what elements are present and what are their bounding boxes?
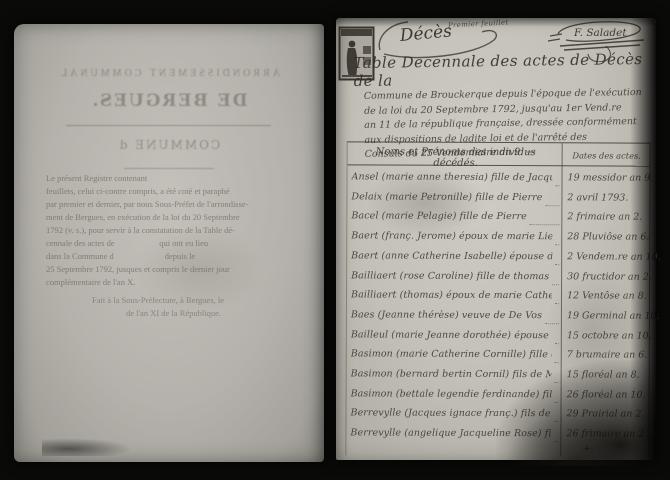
table-row: Bailliaert (rose Caroline) fille de thom…: [351, 270, 649, 289]
deceased-name: Berrevylle (angelique Jacqueline Rose) f…: [350, 427, 551, 446]
deceased-name: Bacel (marie Pelagie) fille de Pierre: [351, 211, 527, 230]
table-row: Bailliaert (thomas) époux de marie Cathe…: [351, 290, 649, 309]
deceased-name: Delaix (marie Petronille) fille de Pierr…: [351, 191, 542, 210]
act-date: 15 floréal an 8.: [562, 369, 651, 387]
deceased-name: Basimon (bernard bertin Cornil) fils de …: [351, 368, 552, 387]
paragraph-line: feuillets, celui ci-contre compris, a ét…: [46, 185, 310, 198]
dotted-leader: [555, 330, 559, 344]
column-header-names: Noms et Prénoms des individus décédés.: [354, 146, 558, 169]
deceased-name: Bailleul (marie Jeanne dorothée) épouse …: [351, 329, 552, 348]
bleedthrough-block: ARRONDISSEMENT COMMUNAL DE BERGUES. COMM…: [14, 68, 324, 169]
left-page: ARRONDISSEMENT COMMUNAL DE BERGUES. COMM…: [14, 24, 324, 462]
act-date: 19 messidor an 9.: [562, 172, 651, 190]
bleedthrough-commune: COMMUNE d: [14, 138, 324, 152]
table-row: Delaix (marie Petronille) fille de Pierr…: [351, 191, 649, 210]
paragraph-line: 1792 (v. s.), pour servir à la constatat…: [46, 224, 310, 237]
dotted-leader: [554, 428, 558, 442]
dotted-leader: [555, 231, 559, 245]
printed-certificate-footer: Fait à la Sous-Préfecture, à Bergues, le…: [92, 294, 312, 320]
act-date: 28 Pluviôse an 6.: [562, 231, 651, 249]
heading-title-line: Table Decennale des actes de Décès de la: [353, 50, 645, 90]
bottom-cross-mark: +.: [582, 443, 594, 454]
deceased-name: Baes (Jeanne thérèse) veuve de De Vos: [351, 309, 542, 328]
act-date: 2 avril 1793.: [562, 192, 651, 210]
act-date: 30 fructidor an 2.: [562, 271, 651, 289]
dotted-leader: [555, 369, 559, 383]
table-row: Baes (Jeanne thérèse) veuve de De Vos19 …: [351, 309, 649, 328]
table-row: Ansel (marie anne theresia) fille de Jac…: [351, 171, 649, 190]
paragraph-line: cennale des actes de qui ont eu lieu: [46, 237, 310, 250]
act-date: 2 Vendem.re an 10.: [562, 251, 651, 269]
printed-rule: [124, 168, 214, 169]
deceased-name: Bailliaert (rose Caroline) fille de thom…: [351, 270, 549, 289]
act-date: 29 Prairial an 2.: [561, 409, 650, 427]
deceased-name: Basimon (marie Catherine Cornille) fille…: [351, 349, 552, 368]
dotted-leader: [555, 172, 559, 186]
act-date: 15 octobre an 10.: [562, 330, 651, 348]
table-row: Baert (franç. Jerome) époux de marie Lie…: [351, 230, 649, 249]
dotted-leader: [555, 290, 559, 304]
deceased-name: Basimon (bettale legendie ferdinande) fi…: [351, 388, 552, 407]
bleedthrough-arrondissement: ARRONDISSEMENT COMMUNAL: [14, 68, 324, 79]
table-row: Basimon (bernard bertin Cornil) fils de …: [351, 368, 649, 387]
act-date: 2 frimaire an 2.: [562, 212, 651, 230]
footer-line: Fait à la Sous-Préfecture, à Bergues, le: [92, 294, 312, 307]
table-row: Berrevylle (Jacques ignace franç.) fils …: [350, 408, 648, 427]
dotted-leader: [555, 251, 559, 265]
dotted-leader: [555, 389, 559, 403]
table-row: Berrevylle (angelique Jacqueline Rose) f…: [350, 427, 648, 446]
dotted-leader: [555, 350, 559, 364]
dotted-leader: [530, 212, 560, 226]
bleedthrough-de-bergues: DE BERGUES.: [14, 91, 324, 111]
table-row: Basimon (bettale legendie ferdinande) fi…: [351, 388, 649, 407]
signature-text: F. Saladet: [573, 27, 627, 39]
paragraph-line: par premier et dernier, par nous Sous-Pr…: [46, 198, 310, 211]
act-date: 26 floréal an 10.: [562, 389, 651, 407]
decennial-table: Noms et Prénoms des individus décédés. D…: [345, 141, 650, 456]
deceased-name: Ansel (marie anne theresia) fille de Jac…: [351, 171, 552, 190]
paragraph-line: complémentaire de l'an X.: [46, 276, 310, 289]
table-row: Basimon (marie Catherine Cornille) fille…: [351, 349, 649, 368]
printed-rule: [67, 125, 272, 126]
ink-stain: [42, 438, 132, 456]
dotted-leader: [545, 310, 559, 324]
printed-certificate-paragraph: Le présent Registre contenantfeuillets, …: [46, 172, 310, 289]
table-row: Bailleul (marie Jeanne dorothée) épouse …: [351, 329, 649, 348]
paragraph-line: Le présent Registre contenant: [46, 172, 310, 185]
table-row: Baert (anne Catherine Isabelle) épouse d…: [351, 250, 649, 269]
dotted-leader: [554, 409, 558, 423]
register-scan: ARRONDISSEMENT COMMUNAL DE BERGUES. COMM…: [0, 0, 670, 480]
register-table-body: Ansel (marie anne theresia) fille de Jac…: [348, 142, 650, 143]
deceased-name: Baert (anne Catherine Isabelle) épouse d…: [351, 250, 552, 269]
act-date: 7 brumaire an 6.: [562, 350, 651, 368]
paragraph-line: 25 Septembre 1792, jusques et compris le…: [46, 263, 310, 276]
column-header-dates: Dates des actes.: [566, 150, 648, 160]
right-page: Décès Premier feuillet F. Saladet Table …: [336, 18, 656, 460]
dotted-leader: [552, 271, 559, 285]
paragraph-line: ment de Bergues, en exécution de la loi …: [46, 211, 310, 224]
deceased-name: Bailliaert (thomas) époux de marie Cathe…: [351, 290, 552, 309]
dotted-leader: [545, 192, 559, 206]
table-row: Bacel (marie Pelagie) fille de Pierre2 f…: [351, 211, 649, 230]
deceased-name: Berrevylle (Jacques ignace franç.) fils …: [350, 408, 551, 427]
title-word-text: Décès: [398, 21, 453, 46]
deceased-name: Baert (franç. Jerome) époux de marie Lie…: [351, 230, 552, 249]
paragraph-line: dans la Commune d depuis le: [46, 250, 310, 263]
act-date: 19 Germinal an 10.: [562, 310, 651, 328]
act-date: 12 Ventôse an 8.: [562, 290, 651, 308]
footer-line: de l'an XI de la République.: [92, 307, 312, 320]
act-date: 26 frimaire an 2.: [561, 428, 650, 446]
